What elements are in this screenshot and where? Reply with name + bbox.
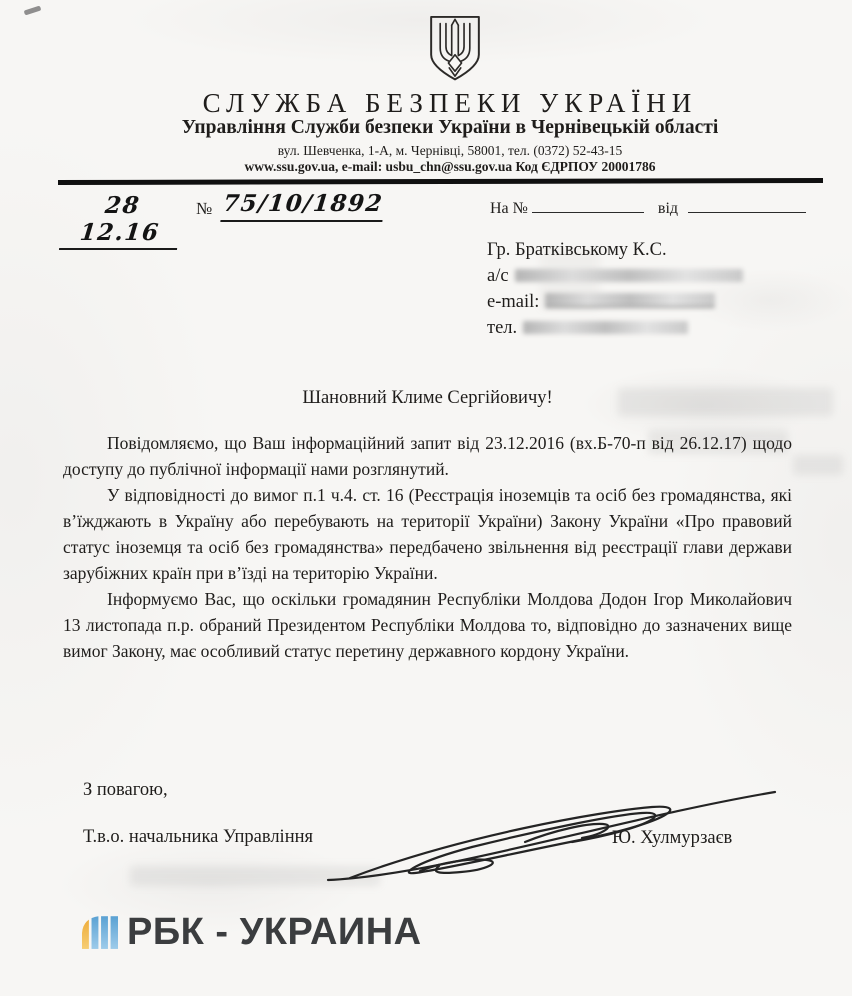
redacted-email-value (545, 293, 715, 308)
po-box-label: а/с (487, 266, 509, 286)
paragraph-1: Повідомляємо, що Ваш інформаційний запит… (63, 430, 792, 482)
org-name: СЛУЖБА БЕЗПЕКИ УКРАЇНИ (50, 88, 850, 119)
reference-row: 28 12.16 № 75/10/1892 На №від (0, 190, 852, 230)
recipient-email-line: e-mail: (487, 289, 743, 315)
reply-number-blank (532, 198, 644, 213)
rbc-ukraine-logo-icon (82, 915, 118, 949)
redacted-phone-value (523, 321, 688, 334)
salutation: Шановний Климе Сергійовичу! (63, 388, 792, 409)
letterhead-divider (58, 178, 823, 185)
recipient-name: Гр. Братківському К.С. (487, 237, 743, 263)
number-sign: № (196, 199, 212, 219)
reply-number-label: На № (490, 200, 528, 217)
scanned-letter-page: СЛУЖБА БЕЗПЕКИ УКРАЇНИ Управління Служби… (0, 0, 852, 996)
outgoing-date-handwritten: 28 12.16 (59, 192, 183, 250)
email-label: e-mail: (487, 292, 539, 312)
contact-line: www.ssu.gov.ua, e-mail: usbu_chn@ssu.gov… (50, 159, 850, 175)
recipient-phone-line: тел. (487, 315, 743, 341)
phone-label: тел. (487, 318, 517, 338)
recipient-block: Гр. Братківському К.С. а/с e-mail: тел. (487, 237, 743, 341)
outgoing-number-handwritten: 75/10/1892 (220, 190, 385, 222)
scan-bleed-artifact (793, 455, 843, 475)
rbc-ukraine-logo-text: РБК - УКРАИНА (127, 911, 422, 954)
recipient-po-box-line: а/с (487, 263, 743, 289)
redacted-po-box-value (515, 269, 743, 282)
signature-stroke (320, 778, 790, 888)
reply-reference: На №від (490, 198, 806, 218)
letter-body: Повідомляємо, що Ваш інформаційний запит… (63, 430, 792, 664)
scan-mark (24, 5, 42, 15)
coat-of-arms-ukraine-icon (418, 10, 492, 88)
paragraph-3: Інформуємо Вас, що оскільки громадянин Р… (63, 586, 792, 664)
address-line: вул. Шевченка, 1-А, м. Чернівці, 58001, … (50, 143, 850, 159)
rbc-ukraine-watermark: РБК - УКРАИНА (82, 908, 422, 956)
department-name: Управління Служби безпеки України в Черн… (50, 117, 850, 139)
reply-date-blank (688, 198, 806, 213)
reply-date-label: від (658, 200, 678, 217)
closing-regards: З повагою, (83, 780, 168, 801)
paragraph-2: У відповідності до вимог п.1 ч.4. ст. 16… (63, 482, 792, 586)
signer-title: Т.в.о. начальника Управління (83, 827, 313, 848)
